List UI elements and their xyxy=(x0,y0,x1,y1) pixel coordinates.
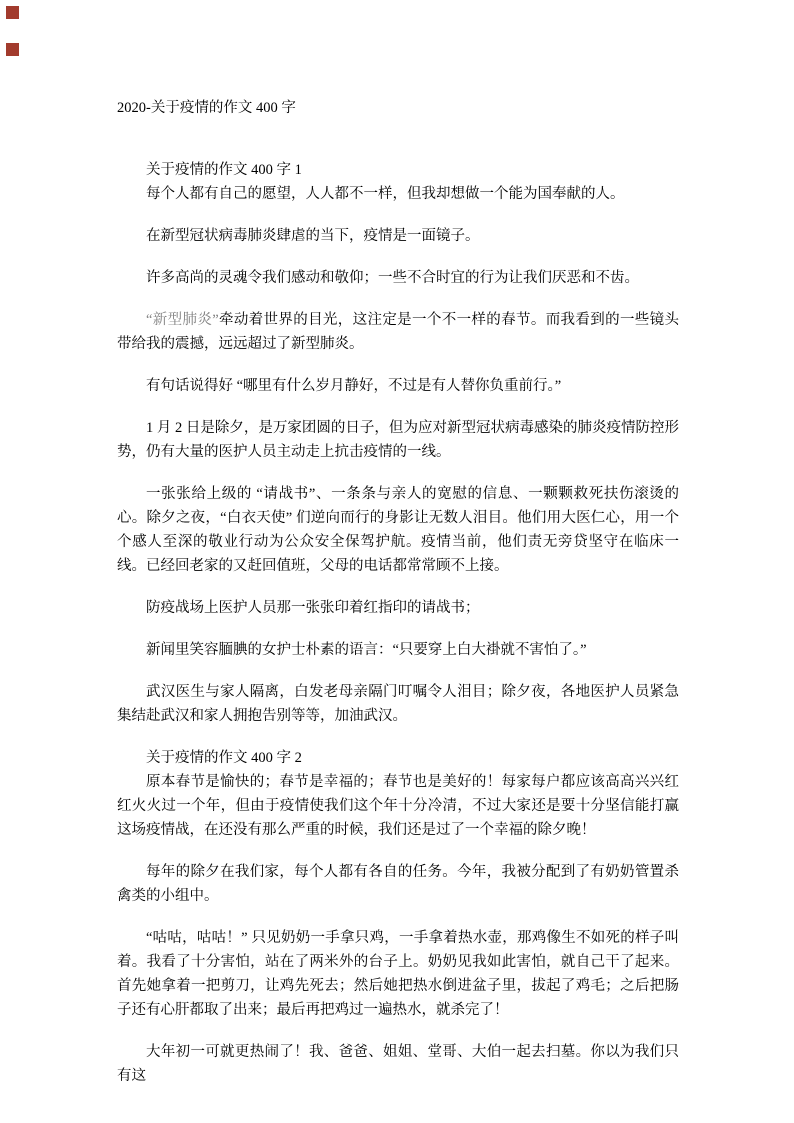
paragraph: 每个人都有自己的愿望，人人都不一样，但我却想做一个能为国奉献的人。 xyxy=(117,182,679,206)
text-run: “咕咕，咕咕！” 只见奶奶一手拿只鸡，一手拿着热水壶，那鸡像生不如死的样子叫着。… xyxy=(117,930,679,1018)
text-run: 大年初一可就更热闹了！我、爸爸、姐姐、堂哥、大伯一起去扫墓。你以为我们只有这 xyxy=(117,1044,679,1084)
paragraph: 许多高尚的灵魂令我们感动和敬仰；一些不合时宜的行为让我们厌恶和不齿。 xyxy=(117,266,679,290)
paragraph: 新闻里笑容腼腆的女护士朴素的语言：“只要穿上白大褂就不害怕了。” xyxy=(117,638,679,662)
paragraph: 防疫战场上医护人员那一张张印着红指印的请战书； xyxy=(117,596,679,620)
section-heading: 关于疫情的作文 400 字 2 xyxy=(117,746,679,770)
paragraph: 武汉医生与家人隔离，白发老母亲隔门叮嘱令人泪目；除夕夜，各地医护人员紧急集结赴武… xyxy=(117,680,679,728)
paragraph: 在新型冠状病毒肺炎肆虐的当下，疫情是一面镜子。 xyxy=(117,224,679,248)
paragraph: “咕咕，咕咕！” 只见奶奶一手拿只鸡，一手拿着热水壶，那鸡像生不如死的样子叫着。… xyxy=(117,926,679,1022)
text-run: 防疫战场上医护人员那一张张印着红指印的请战书； xyxy=(146,600,480,616)
paragraph: 有句话说得好 “哪里有什么岁月静好，不过是有人替你负重前行。” xyxy=(117,374,679,398)
paragraph: 1 月 2 日是除夕，是万家团圆的日子，但为应对新型冠状病毒感染的肺炎疫情防控形… xyxy=(117,416,679,464)
highlighted-term: “新型肺炎” xyxy=(146,312,219,328)
text-run: 武汉医生与家人隔离，白发老母亲隔门叮嘱令人泪目；除夕夜，各地医护人员紧急集结赴武… xyxy=(117,684,679,724)
text-run: 每年的除夕在我们家，每个人都有各自的任务。今年，我被分配到了有奶奶管置杀禽类的小… xyxy=(117,864,679,904)
document-body: 关于疫情的作文 400 字 1每个人都有自己的愿望，人人都不一样，但我却想做一个… xyxy=(117,158,679,1088)
section-heading: 关于疫情的作文 400 字 1 xyxy=(117,158,679,182)
paragraph: 每年的除夕在我们家，每个人都有各自的任务。今年，我被分配到了有奶奶管置杀禽类的小… xyxy=(117,860,679,908)
text-run: 原本春节是愉快的；春节是幸福的；春节也是美好的！每家每户都应该高高兴兴红红火火过… xyxy=(117,774,679,838)
text-run: 在新型冠状病毒肺炎肆虐的当下，疫情是一面镜子。 xyxy=(146,228,480,244)
text-run: 关于疫情的作文 400 字 2 xyxy=(146,750,302,766)
paragraph: 大年初一可就更热闹了！我、爸爸、姐姐、堂哥、大伯一起去扫墓。你以为我们只有这 xyxy=(117,1040,679,1088)
text-run: 一张张给上级的 “请战书”、一条条与亲人的宽慰的信息、一颗颗救死扶伤滚烫的心。除… xyxy=(117,486,679,574)
paragraph: “新型肺炎”牵动着世界的目光，这注定是一个不一样的春节。而我看到的一些镜头带给我… xyxy=(117,308,679,356)
document-title: 2020-关于疫情的作文 400 字 xyxy=(117,96,679,120)
text-run: 每个人都有自己的愿望，人人都不一样，但我却想做一个能为国奉献的人。 xyxy=(146,186,625,202)
text-run: 关于疫情的作文 400 字 1 xyxy=(146,162,302,178)
paragraph: 原本春节是愉快的；春节是幸福的；春节也是美好的！每家每户都应该高高兴兴红红火火过… xyxy=(117,770,679,842)
text-run: 有句话说得好 “哪里有什么岁月静好，不过是有人替你负重前行。” xyxy=(146,378,561,394)
text-run: 许多高尚的灵魂令我们感动和敬仰；一些不合时宜的行为让我们厌恶和不齿。 xyxy=(146,270,639,286)
paragraph: 一张张给上级的 “请战书”、一条条与亲人的宽慰的信息、一颗颗救死扶伤滚烫的心。除… xyxy=(117,482,679,578)
text-run: 新闻里笑容腼腆的女护士朴素的语言：“只要穿上白大褂就不害怕了。” xyxy=(146,642,587,658)
text-run: 1 月 2 日是除夕，是万家团圆的日子，但为应对新型冠状病毒感染的肺炎疫情防控形… xyxy=(117,420,679,460)
document-page: 2020-关于疫情的作文 400 字 关于疫情的作文 400 字 1每个人都有自… xyxy=(0,0,794,1123)
